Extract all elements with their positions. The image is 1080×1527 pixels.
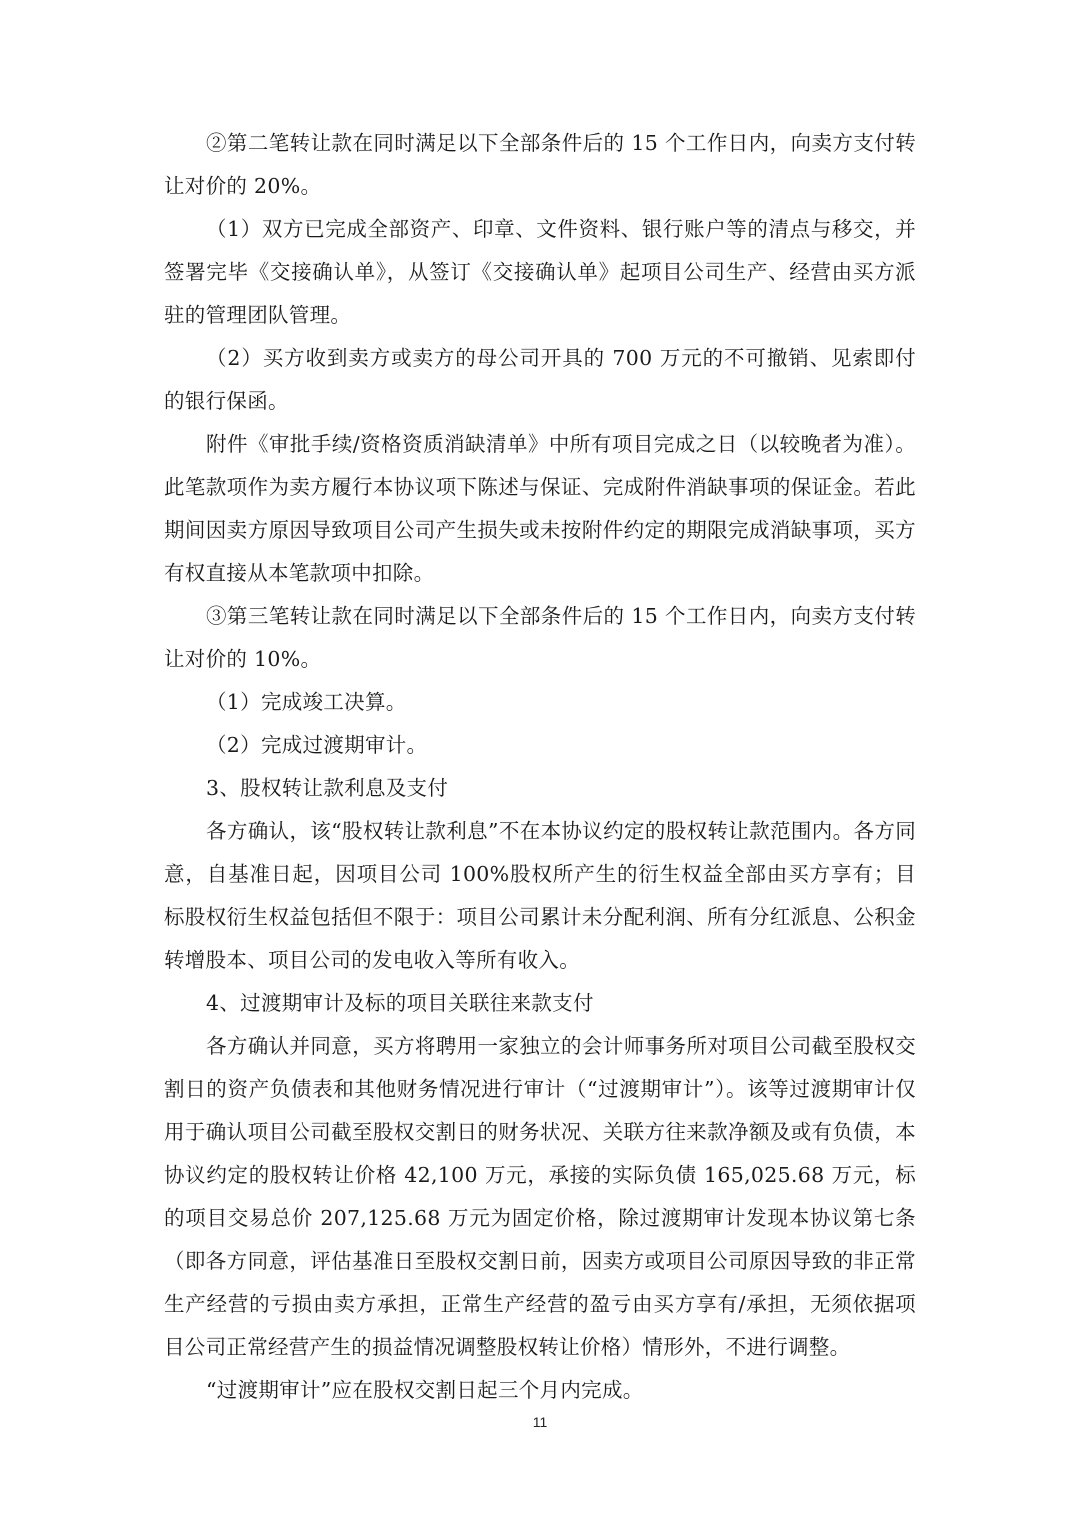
- paragraph-condition-2-bank-guarantee: （2）买方收到卖方或卖方的母公司开具的 700 万元的不可撤销、见索即付的银行保…: [164, 337, 916, 423]
- paragraph-condition-transition-audit: （2）完成过渡期审计。: [164, 724, 916, 767]
- page-number: 11: [0, 1414, 1080, 1430]
- paragraph-audit-deadline: “过渡期审计”应在股权交割日起三个月内完成。: [164, 1369, 916, 1412]
- section-heading-3-interest: 3、股权转让款利息及支付: [164, 767, 916, 810]
- paragraph-interest-rights: 各方确认，该“股权转让款利息”不在本协议约定的股权转让款范围内。各方同意，自基准…: [164, 810, 916, 982]
- document-page: ②第二笔转让款在同时满足以下全部条件后的 15 个工作日内，向卖方支付转让对价的…: [164, 122, 916, 1412]
- paragraph-condition-final-accounts: （1）完成竣工决算。: [164, 681, 916, 724]
- paragraph-attachment-deficiency-list: 附件《审批手续/资格资质消缺清单》中所有项目完成之日（以较晚者为准）。此笔款项作…: [164, 423, 916, 595]
- paragraph-third-payment: ③第三笔转让款在同时满足以下全部条件后的 15 个工作日内，向卖方支付转让对价的…: [164, 595, 916, 681]
- paragraph-condition-1-handover: （1）双方已完成全部资产、印章、文件资料、银行账户等的清点与移交，并签署完毕《交…: [164, 208, 916, 337]
- paragraph-second-payment: ②第二笔转让款在同时满足以下全部条件后的 15 个工作日内，向卖方支付转让对价的…: [164, 122, 916, 208]
- section-heading-4-transition-audit: 4、过渡期审计及标的项目关联往来款支付: [164, 982, 916, 1025]
- paragraph-transition-audit-details: 各方确认并同意，买方将聘用一家独立的会计师事务所对项目公司截至股权交割日的资产负…: [164, 1025, 916, 1369]
